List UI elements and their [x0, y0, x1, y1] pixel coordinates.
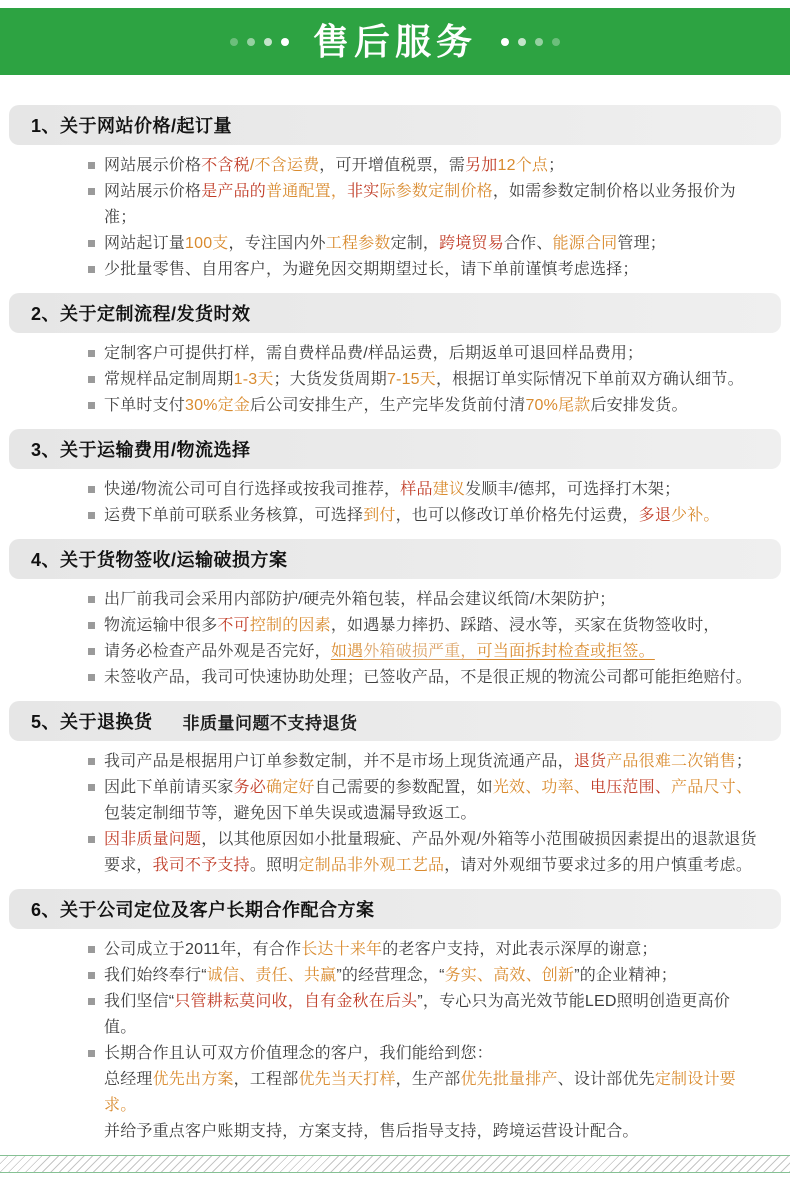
- section: 4、关于货物签收/运输破损方案出厂前我司会采用内部防护/硬壳外箱包装，样品会建议…: [0, 539, 790, 691]
- text-segment: 后安排发货。: [590, 397, 687, 414]
- text-segment: 样品: [400, 481, 432, 498]
- continuation-line: 包装定制细节等，避免因下单失误或遗漏导致返工。: [88, 801, 762, 827]
- text-segment: 只管耕耘莫问收，自有金秋在后头: [174, 993, 417, 1010]
- bullet-item: 请务必检查产品外观是否完好，如遇外箱破损严重，可当面拆封检查或拒签。: [88, 639, 762, 665]
- text-segment: ”的企业精神；: [574, 967, 677, 984]
- bullet-square-icon: [88, 784, 95, 791]
- bullet-item: 物流运输中很多不可控制的因素，如遇暴力摔扔、踩踏、浸水等，买家在货物签收时，: [88, 613, 762, 639]
- bullet-square-icon: [88, 376, 95, 383]
- text-segment: 到付: [363, 507, 395, 524]
- section-item-list: 出厂前我司会采用内部防护/硬壳外箱包装，样品会建议纸筒/木架防护；物流运输中很多…: [0, 587, 790, 691]
- text-segment: 未签收产品，我司可快速协助处理；已签收产品，不是很正规的物流公司都可能拒绝赔付。: [104, 669, 752, 686]
- text-segment: 能源合同: [553, 235, 618, 252]
- section-title: 2、关于定制流程/发货时效: [31, 300, 251, 326]
- text-segment: 因此下单前请买家: [104, 779, 234, 796]
- text-segment: 定制客户可提供打样，需自费样品费/样品运费，后期返单可退回样品费用；: [104, 345, 643, 362]
- banner: 售后服务: [0, 8, 790, 75]
- text-segment: 建议: [433, 481, 465, 498]
- text-segment: 际参数定制价格: [379, 183, 492, 200]
- section: 3、关于运输费用/物流选择快递/物流公司可自行选择或按我司推荐，样品建议发顺丰/…: [0, 429, 790, 529]
- dot-icon: [535, 38, 543, 46]
- section-header: 5、关于退换货非质量问题不支持退货: [9, 701, 781, 741]
- section: 5、关于退换货非质量问题不支持退货我司产品是根据用户订单参数定制，并不是市场上现…: [0, 701, 790, 879]
- text-segment: 是产品的: [201, 183, 266, 200]
- dots-right-decoration-icon: [501, 38, 560, 46]
- bullet-square-icon: [88, 486, 95, 493]
- text-segment: 总经理: [104, 1071, 153, 1088]
- text-segment: 诚信、责任、共赢: [207, 967, 337, 984]
- text-segment: 不可: [217, 617, 249, 634]
- section-title: 1、关于网站价格/起订量: [31, 112, 232, 138]
- section-header: 4、关于货物签收/运输破损方案: [9, 539, 781, 579]
- bullet-item: 网站展示价格是产品的普通配置，非实际参数定制价格，如需参数定制价格以业务报价为准…: [88, 179, 762, 231]
- text-segment: 我们始终奉行“: [104, 967, 207, 984]
- section-header: 3、关于运输费用/物流选择: [9, 429, 781, 469]
- bullet-item: 下单时支付30%定金后公司安排生产，生产完毕发货前付清70%尾款后安排发货。: [88, 393, 762, 419]
- text-segment: 定制品非外观工艺品: [298, 857, 444, 874]
- bullet-item: 少批量零售、自用客户，为避免因交期期望过长，请下单前谨慎考虑选择；: [88, 257, 762, 283]
- text-segment: 我司不予支持: [153, 857, 250, 874]
- section-title: 3、关于运输费用/物流选择: [31, 436, 251, 462]
- text-segment: 自己需要的参数配置，如: [315, 779, 493, 796]
- text-segment: ，如遇暴力摔扔、踩踏、浸水等，买家在货物签收时，: [331, 617, 720, 634]
- section-item-list: 快递/物流公司可自行选择或按我司推荐，样品建议发顺丰/德邦，可选择打木架；运费下…: [0, 477, 790, 529]
- bullet-item: 我司产品是根据用户订单参数定制，并不是市场上现货流通产品，退货产品很难二次销售；: [88, 749, 762, 775]
- section-header: 2、关于定制流程/发货时效: [9, 293, 781, 333]
- bullet-item: 公司成立于2011年，有合作长达十来年的老客户支持，对此表示深厚的谢意；: [88, 937, 762, 963]
- text-segment: 、设计部优先: [558, 1071, 655, 1088]
- bullet-square-icon: [88, 836, 95, 843]
- text-segment: 少批量零售、自用客户，为避免因交期期望过长，请下单前谨慎考虑选择；: [104, 261, 639, 278]
- text-segment: 发顺丰/德邦，可选择打木架；: [465, 481, 680, 498]
- bullet-item: 因非质量问题，以其他原因如小批量瑕疵、产品外观/外箱等小范围破损因素提出的退款退…: [88, 827, 762, 853]
- text-segment: 非实: [347, 183, 379, 200]
- bullet-item: 运费下单前可联系业务核算，可选择到付，也可以修改订单价格先付运费，多退少补。: [88, 503, 762, 529]
- text-segment: ；大货发货周期: [274, 371, 387, 388]
- text-segment: 请务必检查产品外观是否完好，: [104, 643, 331, 660]
- text-segment: ，也可以修改订单价格先付运费，: [396, 507, 639, 524]
- dot-icon: [264, 38, 272, 46]
- text-segment: 网站起订量: [104, 235, 185, 252]
- page-title: 售后服务: [313, 24, 477, 60]
- dot-icon: [552, 38, 560, 46]
- section: 2、关于定制流程/发货时效定制客户可提供打样，需自费样品费/样品运费，后期返单可…: [0, 293, 790, 419]
- text-segment: 合作、: [504, 235, 553, 252]
- section-title: 6、关于公司定位及客户长期合作配合方案: [31, 896, 375, 922]
- section-item-list: 公司成立于2011年，有合作长达十来年的老客户支持，对此表示深厚的谢意；我们始终…: [0, 937, 790, 1145]
- text-segment: 我司产品是根据用户订单参数定制，并不是市场上现货流通产品，: [104, 753, 574, 770]
- text-segment: ，根据订单实际情况下单前双方确认细节。: [436, 371, 744, 388]
- bullet-square-icon: [88, 596, 95, 603]
- section-title: 5、关于退换货: [31, 708, 153, 734]
- text-segment: 因非质量问题: [104, 831, 201, 848]
- text-segment: 务必: [234, 779, 266, 796]
- text-segment: 务实、高效、创新: [445, 967, 575, 984]
- text-segment: 优先批量排产: [460, 1071, 557, 1088]
- section-header: 6、关于公司定位及客户长期合作配合方案: [9, 889, 781, 929]
- bullet-square-icon: [88, 512, 95, 519]
- text-segment: 外箱破损严重，: [363, 643, 476, 660]
- text-segment: 少补。: [671, 507, 720, 524]
- text-segment: 定制，: [391, 235, 440, 252]
- section-item-list: 我司产品是根据用户订单参数定制，并不是市场上现货流通产品，退货产品很难二次销售；…: [0, 749, 790, 879]
- bullet-square-icon: [88, 402, 95, 409]
- text-segment: 电压范围、: [590, 779, 671, 796]
- sections-container: 1、关于网站价格/起订量网站展示价格不含税/不含运费，可开增值税票，需另加12个…: [0, 105, 790, 1145]
- text-segment: 100支: [185, 235, 229, 252]
- bullet-item: 常规样品定制周期1-3天；大货发货周期7-15天，根据订单实际情况下单前双方确认…: [88, 367, 762, 393]
- text-segment: ，以其他原因如小批量瑕疵、产品外观/外箱等小范围破损因素提出的退款退货: [201, 831, 756, 848]
- text-segment: 并给予重点客户账期支持，方案支持，售后指导支持，跨境运营设计配合。: [104, 1123, 639, 1140]
- bullet-square-icon: [88, 972, 95, 979]
- text-segment: 网站展示价格: [104, 183, 201, 200]
- text-segment: 不含运费: [254, 157, 319, 174]
- continuation-line: 并给予重点客户账期支持，方案支持，售后指导支持，跨境运营设计配合。: [88, 1119, 762, 1145]
- text-segment: 物流运输中很多: [104, 617, 217, 634]
- text-segment: 快递/物流公司可自行选择或按我司推荐，: [104, 481, 400, 498]
- bullet-square-icon: [88, 648, 95, 655]
- text-segment: 网站展示价格: [104, 157, 201, 174]
- text-segment: 不含税: [201, 157, 250, 174]
- bullet-square-icon: [88, 240, 95, 247]
- text-segment: 后公司安排生产，生产完毕发货前付清: [250, 397, 525, 414]
- text-segment: 7-15天: [387, 371, 436, 388]
- text-segment: 工程参数: [326, 235, 391, 252]
- footer-stripes-decoration: [0, 1155, 790, 1173]
- bullet-item: 出厂前我司会采用内部防护/硬壳外箱包装，样品会建议纸筒/木架防护；: [88, 587, 762, 613]
- continuation-line: 要求，我司不予支持。照明定制品非外观工艺品，请对外观细节要求过多的用户慎重考虑。: [88, 853, 762, 879]
- text-segment: 产品尺寸、: [671, 779, 752, 796]
- bullet-item: 网站展示价格不含税/不含运费，可开增值税票，需另加12个点；: [88, 153, 762, 179]
- bullet-item: 我们坚信“只管耕耘莫问收，自有金秋在后头”，专心只为高光效节能LED照明创造更高…: [88, 989, 762, 1041]
- dots-left-decoration-icon: [230, 38, 289, 46]
- dot-icon: [518, 38, 526, 46]
- text-segment: 可当面拆封检查或拒签。: [477, 643, 655, 660]
- bullet-square-icon: [88, 350, 95, 357]
- text-segment: 1-3天: [234, 371, 274, 388]
- section: 6、关于公司定位及客户长期合作配合方案公司成立于2011年，有合作长达十来年的老…: [0, 889, 790, 1145]
- text-segment: ；: [548, 157, 564, 174]
- dot-icon: [281, 38, 289, 46]
- after-sales-page: 售后服务 1、关于网站价格/起订量网站展示价格不含税/不含运费，可开增值税票，需…: [0, 0, 790, 1187]
- bullet-square-icon: [88, 758, 95, 765]
- text-segment: 70%尾款: [525, 397, 590, 414]
- bullet-square-icon: [88, 1050, 95, 1057]
- text-segment: 优先出方案: [153, 1071, 234, 1088]
- text-segment: 如遇: [331, 643, 363, 660]
- text-segment: 普通配置，: [266, 183, 347, 200]
- text-segment: 跨境贸易: [439, 235, 504, 252]
- section-item-list: 定制客户可提供打样，需自费样品费/样品运费，后期返单可退回样品费用；常规样品定制…: [0, 341, 790, 419]
- text-segment: 长达十来年: [301, 941, 382, 958]
- section-header: 1、关于网站价格/起订量: [9, 105, 781, 145]
- text-segment: 另加: [465, 157, 497, 174]
- dot-icon: [230, 38, 238, 46]
- text-segment: ，请对外观细节要求过多的用户慎重考虑。: [444, 857, 752, 874]
- text-segment: 的老客户支持，对此表示深厚的谢意；: [382, 941, 657, 958]
- text-segment: 要求，: [104, 857, 153, 874]
- text-segment: 。照明: [250, 857, 299, 874]
- text-segment: 12个点: [498, 157, 549, 174]
- text-segment: 包装定制细节等，避免因下单失误或遗漏导致返工。: [104, 805, 477, 822]
- text-segment: 长期合作且认可双方价值理念的客户，我们能给到您：: [104, 1045, 493, 1062]
- section: 1、关于网站价格/起订量网站展示价格不含税/不含运费，可开增值税票，需另加12个…: [0, 105, 790, 283]
- bullet-square-icon: [88, 266, 95, 273]
- text-segment: ，专注国内外: [229, 235, 326, 252]
- section-item-list: 网站展示价格不含税/不含运费，可开增值税票，需另加12个点；网站展示价格是产品的…: [0, 153, 790, 283]
- text-segment: 公司成立于2011年，有合作: [104, 941, 301, 958]
- text-segment: 下单时支付: [104, 397, 185, 414]
- text-segment: 确定好: [266, 779, 315, 796]
- text-segment: 30%定金: [185, 397, 250, 414]
- bullet-item: 我们始终奉行“诚信、责任、共赢”的经营理念，“务实、高效、创新”的企业精神；: [88, 963, 762, 989]
- continuation-line: 总经理优先出方案，工程部优先当天打样，生产部优先批量排产、设计部优先定制设计要求…: [88, 1067, 762, 1119]
- text-segment: 退货: [574, 753, 606, 770]
- bullet-square-icon: [88, 946, 95, 953]
- bullet-square-icon: [88, 998, 95, 1005]
- text-segment: ，生产部: [396, 1071, 461, 1088]
- bullet-item: 网站起订量100支，专注国内外工程参数定制，跨境贸易合作、能源合同管理；: [88, 231, 762, 257]
- text-segment: ；: [736, 753, 752, 770]
- text-segment: 我们坚信“: [104, 993, 174, 1010]
- bullet-square-icon: [88, 674, 95, 681]
- bullet-item: 因此下单前请买家务必确定好自己需要的参数配置，如光效、功率、电压范围、产品尺寸、: [88, 775, 762, 801]
- text-segment: 产品很难二次销售: [606, 753, 736, 770]
- bullet-item: 快递/物流公司可自行选择或按我司推荐，样品建议发顺丰/德邦，可选择打木架；: [88, 477, 762, 503]
- text-segment: 常规样品定制周期: [104, 371, 234, 388]
- text-segment: 出厂前我司会采用内部防护/硬壳外箱包装，样品会建议纸筒/木架防护；: [104, 591, 616, 608]
- text-segment: 运费下单前可联系业务核算，可选择: [104, 507, 363, 524]
- text-segment: 管理；: [617, 235, 666, 252]
- bullet-square-icon: [88, 162, 95, 169]
- text-segment: ，工程部: [234, 1071, 299, 1088]
- bullet-item: 未签收产品，我司可快速协助处理；已签收产品，不是很正规的物流公司都可能拒绝赔付。: [88, 665, 762, 691]
- text-segment: 多退: [639, 507, 671, 524]
- bullet-square-icon: [88, 622, 95, 629]
- dot-icon: [501, 38, 509, 46]
- text-segment: ”的经营理念，“: [336, 967, 444, 984]
- text-segment: 光效、功率、: [493, 779, 590, 796]
- bullet-item: 定制客户可提供打样，需自费样品费/样品运费，后期返单可退回样品费用；: [88, 341, 762, 367]
- bullet-item: 长期合作且认可双方价值理念的客户，我们能给到您：: [88, 1041, 762, 1067]
- section-subtitle: 非质量问题不支持退货: [183, 709, 358, 734]
- text-segment: 优先当天打样: [298, 1071, 395, 1088]
- bullet-square-icon: [88, 188, 95, 195]
- section-title: 4、关于货物签收/运输破损方案: [31, 546, 288, 572]
- text-segment: ，可开增值税票，需: [319, 157, 465, 174]
- text-segment: 控制的因素: [250, 617, 331, 634]
- dot-icon: [247, 38, 255, 46]
